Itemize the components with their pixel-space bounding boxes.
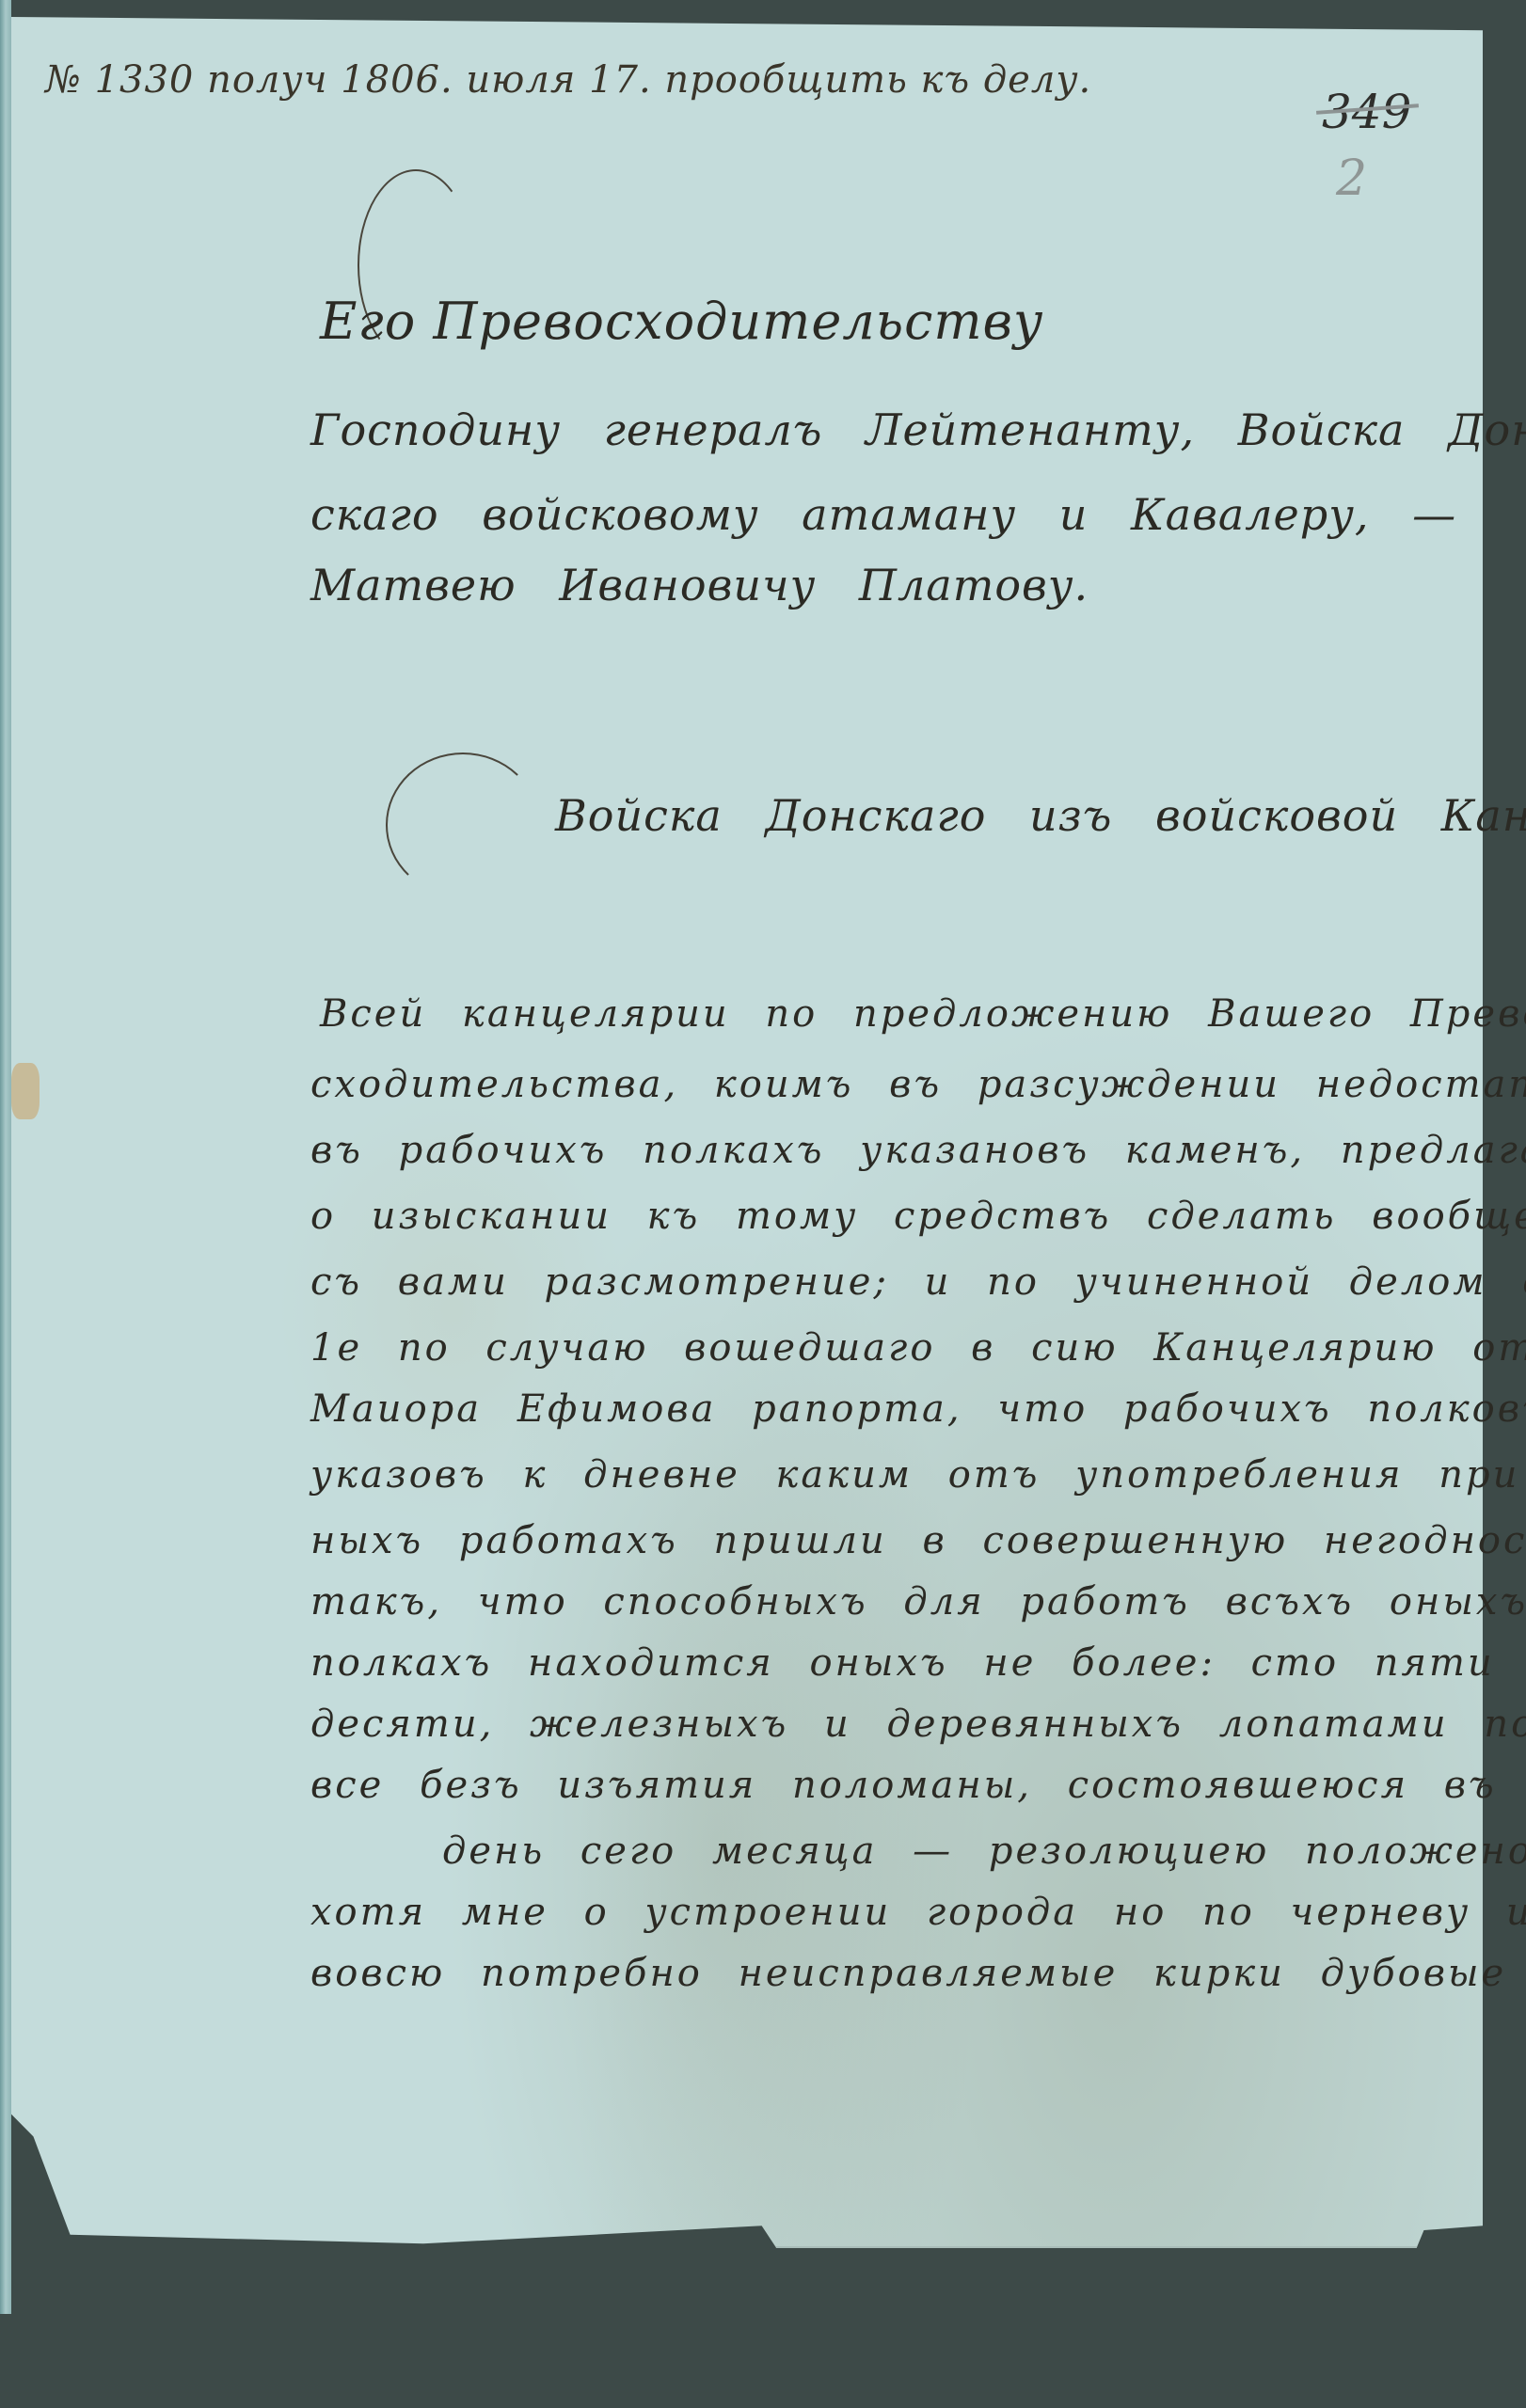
folio-number-pencil: 2 [1336, 150, 1367, 207]
edge-stain [11, 1063, 40, 1119]
address-line-4: Матвею Ивановичу Платову. [310, 560, 1089, 610]
body-line: въ рабочихъ полкахъ указановъ каменъ, пр… [310, 1129, 1526, 1172]
body-line: съ вами разсмотрение; и по учиненной дел… [310, 1260, 1526, 1304]
address-line-3: скаго войсковому атаману и Кавалеру, — [310, 489, 1456, 540]
body-line: Маиора Ефимова рапорта, что рабочихъ пол… [310, 1387, 1526, 1431]
body-line: о изыскании къ тому средствъ сделать воо… [310, 1195, 1526, 1238]
body-line: сходительства, коимъ въ разсуждении недо… [310, 1063, 1526, 1106]
address-line-1: Его Превосходительству [320, 292, 1043, 351]
body-line: такъ, что способныхъ для работъ всъхъ он… [310, 1580, 1526, 1624]
body-line: 1е по случаю вошедшаго в сию Канцелярию … [310, 1326, 1526, 1370]
registration-note: № 1330 получ 1806. июля 17. прообщить къ… [45, 58, 1091, 102]
sender-line: Войска Донскаго изъ войсковой Канцелярии… [555, 790, 1526, 841]
body-line: указовъ к дневне каким отъ употребления … [310, 1453, 1526, 1497]
body-line: все безъ изъятия поломаны, состоявшеюся … [310, 1764, 1497, 1807]
body-line: десяти, железныхъ и деревянныхъ лопатами… [310, 1703, 1526, 1746]
body-line: вовсю потребно неисправляемые кирки дубо… [310, 1952, 1506, 1995]
body-line: хотя мне о устроении города но по чернев… [310, 1891, 1526, 1934]
binding-strip [0, 0, 11, 2314]
body-line: день сего месяца — резолюциею положено, [442, 1830, 1526, 1873]
folio-number-struck: 349 [1322, 85, 1411, 139]
body-line: полкахъ находится оныхъ не более: сто пя… [310, 1641, 1495, 1685]
address-line-2: Господину генералъ Лейтенанту, Войска До… [310, 404, 1526, 455]
body-line: Всей канцелярии по предложению Вашего Пр… [320, 992, 1526, 1036]
body-line: ныхъ работахъ пришли в совершенную негод… [310, 1519, 1526, 1562]
flourish [386, 752, 540, 897]
